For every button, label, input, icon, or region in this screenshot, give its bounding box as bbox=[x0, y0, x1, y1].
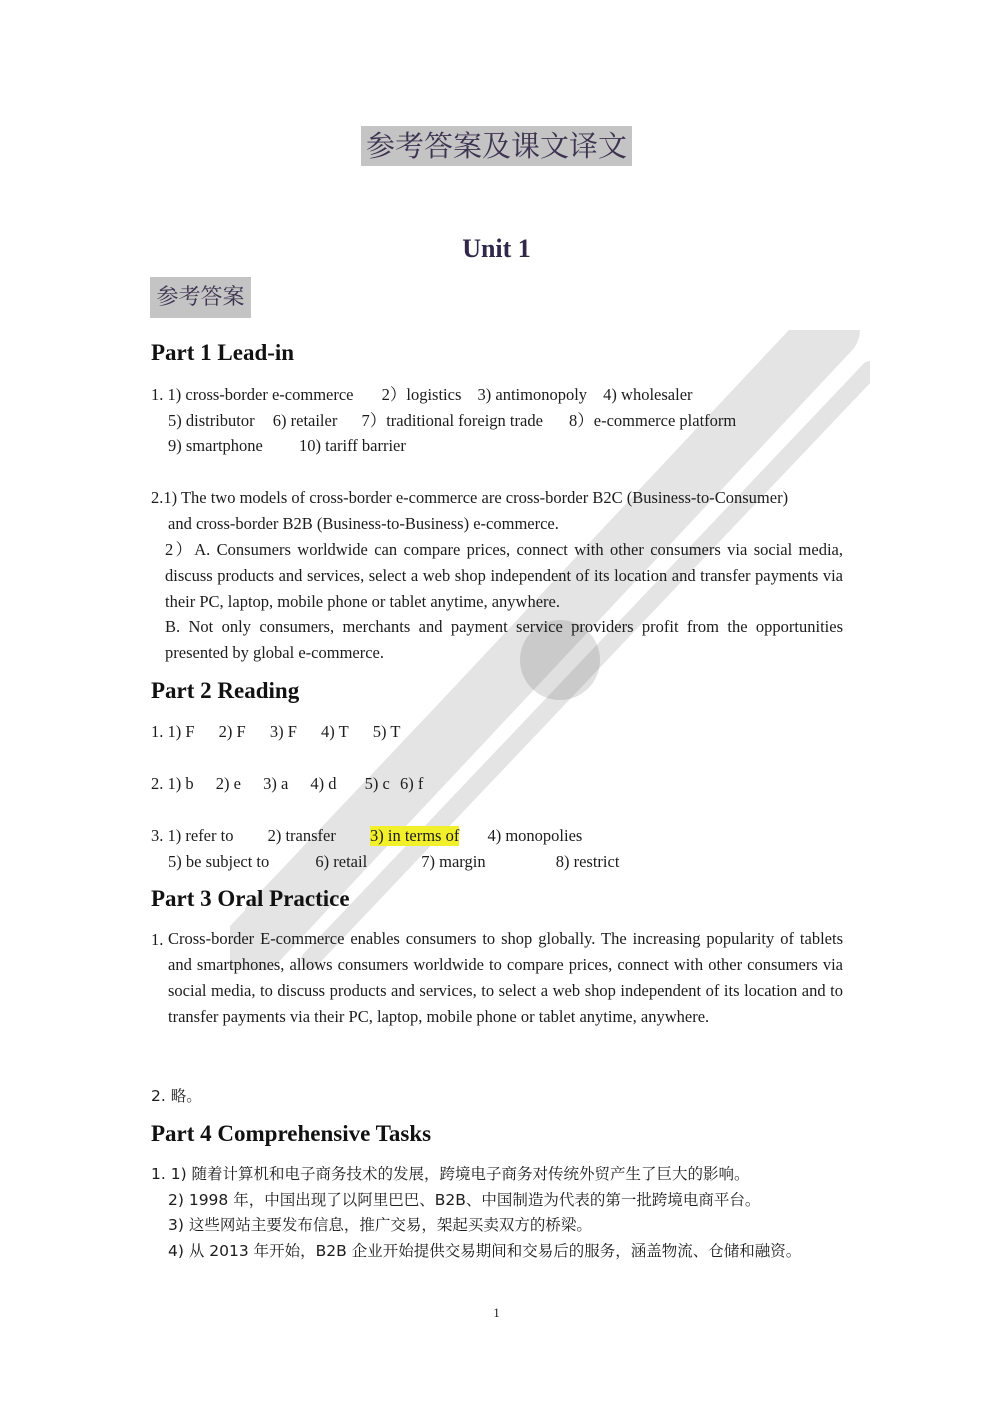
answer-item: 8）e-commerce platform bbox=[569, 411, 736, 431]
part1-q2-answer1-line2: and cross-border B2B (Business-to-Busine… bbox=[168, 514, 559, 534]
answer-item: 5) T bbox=[373, 722, 401, 742]
answer-item: 6) f bbox=[400, 774, 423, 794]
answer-item: 1) refer to bbox=[168, 826, 234, 846]
document-title: 参考答案及课文译文 bbox=[361, 126, 632, 166]
answer-item: 9) smartphone bbox=[168, 436, 263, 456]
answer-item: 5) distributor bbox=[168, 411, 255, 431]
part1-q1-row3: 9) smartphone 10) tariff barrier bbox=[168, 436, 406, 456]
part2-q3-row1: 3. 1) refer to 2) transfer 3) in terms o… bbox=[151, 826, 582, 846]
answer-item: 4) d bbox=[310, 774, 336, 794]
part4-heading: Part 4 Comprehensive Tasks bbox=[151, 1121, 431, 1147]
answer-item: 2）logistics bbox=[382, 385, 462, 405]
part3-q2-answer: 2. 略。 bbox=[151, 1086, 202, 1106]
answer-item: 7) margin bbox=[421, 852, 485, 872]
part3-q1-answer: Cross-border E-commerce enables consumer… bbox=[168, 926, 843, 1030]
answers-banner: 参考答案 bbox=[150, 277, 251, 318]
answer-item: 7）traditional foreign trade bbox=[361, 411, 542, 431]
unit-title: Unit 1 bbox=[0, 234, 993, 264]
part4-line: 3) 这些网站主要发布信息，推广交易，架起买卖双方的桥梁。 bbox=[168, 1215, 592, 1235]
highlighted-answer-item: 3) in terms of bbox=[370, 826, 459, 846]
part3-q1-number: 1. bbox=[151, 930, 163, 950]
answer-item: 1) b bbox=[168, 774, 194, 794]
answer-item: 1) cross-border e-commerce bbox=[168, 385, 354, 405]
answer-item: 3) F bbox=[270, 722, 297, 742]
answer-item: 5) be subject to bbox=[168, 852, 269, 872]
answer-item: 8) restrict bbox=[556, 852, 620, 872]
answer-item: 6) retail bbox=[315, 852, 367, 872]
answer-item: 4) T bbox=[321, 722, 349, 742]
part4-line: 2) 1998 年，中国出现了以阿里巴巴、B2B、中国制造为代表的第一批跨境电商… bbox=[168, 1190, 760, 1210]
answer-item: 3) a bbox=[263, 774, 288, 794]
answer-item: 2) F bbox=[219, 722, 246, 742]
part1-q1-row1: 1. 1) cross-border e-commerce 2）logistic… bbox=[151, 385, 693, 405]
part1-q2-answer2A: 2）A. Consumers worldwide can compare pri… bbox=[165, 537, 843, 615]
part1-q2-answer2B: B. Not only consumers, merchants and pay… bbox=[165, 614, 843, 666]
answer-item: 3) antimonopoly bbox=[478, 385, 588, 405]
page-number: 1 bbox=[0, 1305, 993, 1321]
part2-heading: Part 2 Reading bbox=[151, 678, 299, 704]
answer-item: 2) e bbox=[216, 774, 241, 794]
answer-item: 1) F bbox=[168, 722, 195, 742]
answer-item: 6) retailer bbox=[273, 411, 338, 431]
answer-item: 4) wholesaler bbox=[603, 385, 692, 405]
part3-heading: Part 3 Oral Practice bbox=[151, 886, 350, 912]
part1-q1-row2: 5) distributor 6) retailer 7）traditional… bbox=[168, 411, 736, 431]
part4-line: 4) 从 2013 年开始，B2B 企业开始提供交易期间和交易后的服务，涵盖物流… bbox=[168, 1241, 801, 1261]
answer-item: 5) c bbox=[365, 774, 390, 794]
part2-q2: 2. 1) b 2) e 3) a 4) d 5) c 6) f bbox=[151, 774, 423, 794]
part4-line: 1. 1) 随着计算机和电子商务技术的发展，跨境电子商务对传统外贸产生了巨大的影… bbox=[151, 1164, 750, 1184]
answer-item: 2) transfer bbox=[268, 826, 336, 846]
part1-q2-answer1-line1: 2.1) The two models of cross-border e-co… bbox=[151, 488, 788, 508]
answer-item: 4) monopolies bbox=[487, 826, 582, 846]
answer-item: 10) tariff barrier bbox=[299, 436, 406, 456]
part2-q1: 1. 1) F 2) F 3) F 4) T 5) T bbox=[151, 722, 400, 742]
part2-q3-row2: 5) be subject to 6) retail 7) margin 8) … bbox=[168, 852, 619, 872]
part1-heading: Part 1 Lead-in bbox=[151, 340, 294, 366]
